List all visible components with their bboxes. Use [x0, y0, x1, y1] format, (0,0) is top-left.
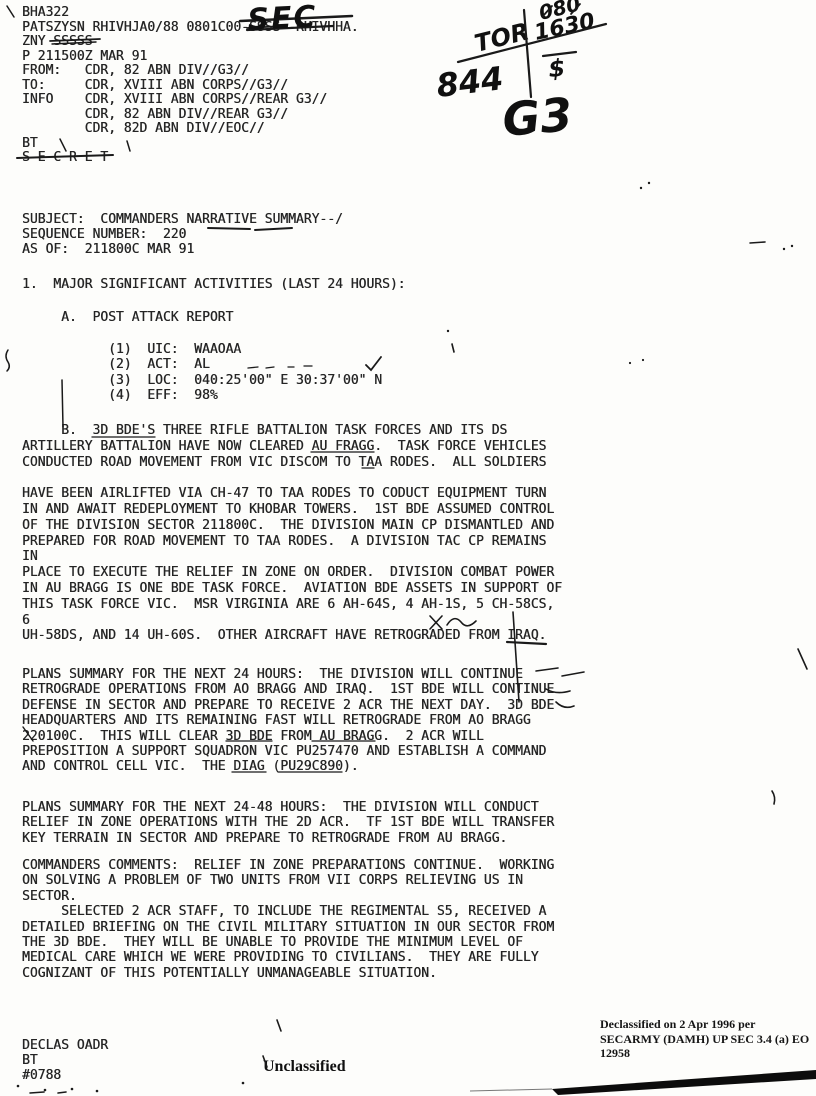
commanders-comments: COMMANDERS COMMENTS: RELIEF IN ZONE PREP…: [22, 858, 554, 981]
handwritten-1630: 1630: [532, 9, 597, 46]
paragraph-b: B. 3D BDE'S THREE RIFLE BATTALION TASK F…: [22, 423, 562, 644]
subject-block: SUBJECT: COMMANDERS NARRATIVE SUMMARY--/…: [22, 212, 343, 258]
scan-streak: [470, 1070, 816, 1095]
plans-summary-24: PLANS SUMMARY FOR THE NEXT 24 HOURS: THE…: [22, 667, 554, 775]
post-attack-items: (1) UIC: WAAOAA (2) ACT: AL (3) LOC: 040…: [22, 342, 382, 404]
handwritten-g3: G3: [500, 87, 574, 147]
scanned-message-page: BHA322 PATSZYSN RHIVHJA0/88 0801C00-SSSS…: [0, 0, 816, 1096]
handwritten-ts: $: [547, 54, 566, 83]
plans-summary-24-48: PLANS SUMMARY FOR THE NEXT 24-48 HOURS: …: [22, 800, 554, 846]
handwritten-080: 080: [536, 0, 582, 25]
message-header: BHA322 PATSZYSN RHIVHJA0/88 0801C00-SSSS…: [22, 6, 359, 166]
message-trailer: DECLAS OADR BT #0788: [22, 1038, 108, 1083]
tor-annotation-cluster: 080 1630 TOR 844 $ G3: [434, 0, 606, 147]
major-activities-heading: 1. MAJOR SIGNIFICANT ACTIVITIES (LAST 24…: [22, 277, 406, 292]
declassification-stamp: Declassified on 2 Apr 1996 per SECARMY (…: [600, 1017, 809, 1061]
handwritten-844: 844: [434, 59, 505, 105]
handwritten-tor: TOR: [472, 17, 532, 58]
unclassified-stamp: Unclassified: [263, 1058, 346, 1076]
post-attack-heading: A. POST ATTACK REPORT: [22, 310, 233, 325]
